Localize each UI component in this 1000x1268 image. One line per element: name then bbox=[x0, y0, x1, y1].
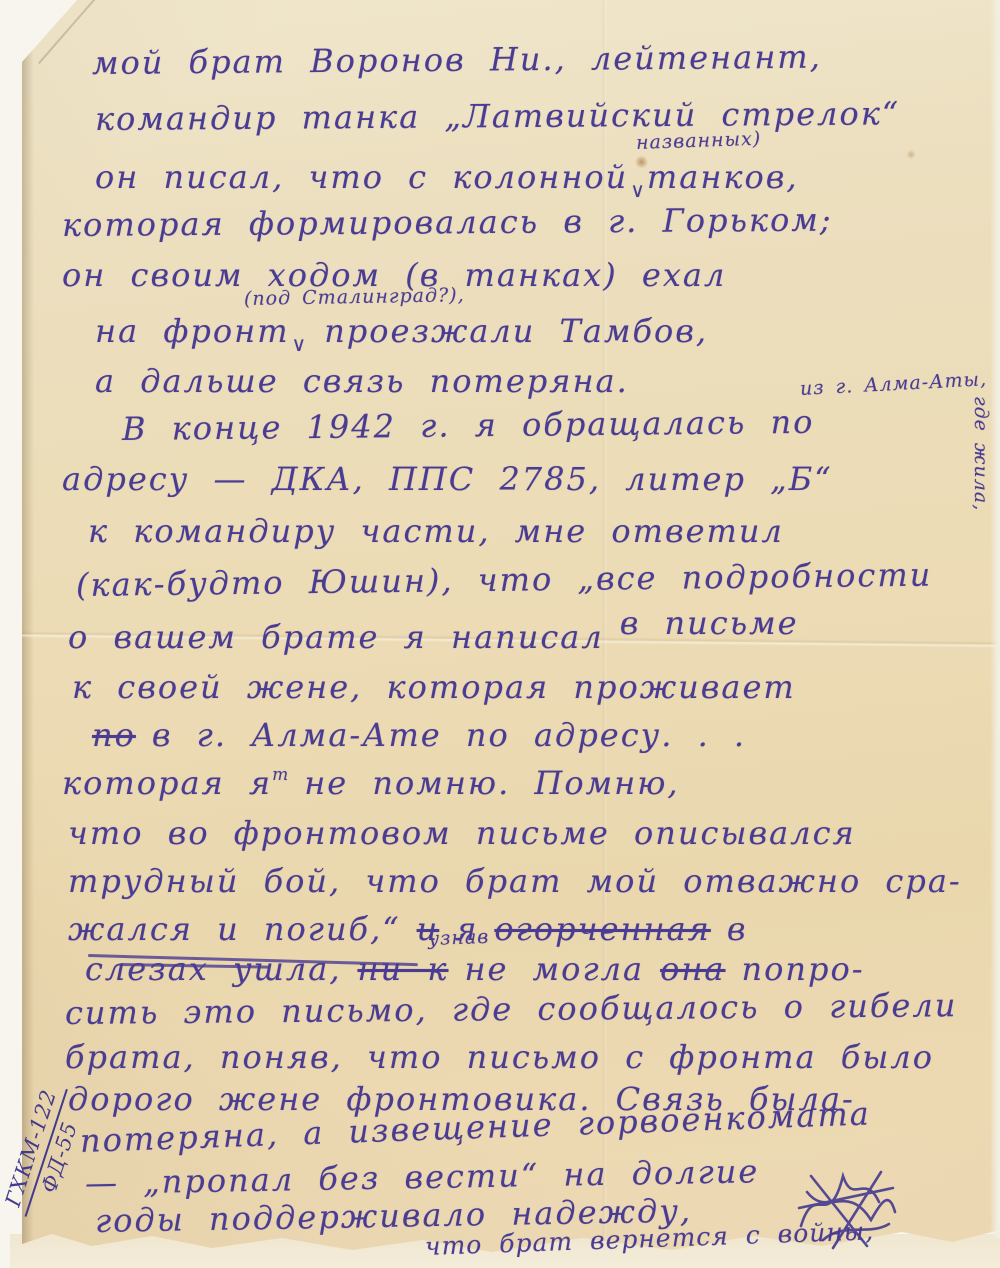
handwritten-line: к командиру части, мне ответил bbox=[88, 512, 784, 550]
line-text: танков, bbox=[647, 158, 799, 196]
handwritten-line: жался и погиб,“ияогорченнаяв bbox=[68, 910, 747, 948]
line-text: мой брат Воронов Ни., лейтенант, bbox=[92, 38, 822, 82]
line-text: к командиру части, мне ответил bbox=[88, 512, 784, 550]
line-text: которая я bbox=[62, 764, 272, 802]
insertion-note: (под Сталинград?), bbox=[244, 284, 465, 310]
caret-mark: ∨ bbox=[628, 178, 647, 202]
handwritten-line: слезах ушла,ни кне моглаонапопро- bbox=[85, 950, 865, 988]
superscript-note: т bbox=[272, 765, 288, 785]
strikethrough-word: огорченная bbox=[494, 910, 710, 948]
line-text: слезах ушла, bbox=[85, 950, 341, 988]
line-text: командир танка „Латвийский стрелок“ bbox=[95, 94, 900, 138]
scanned-letter-page: мой брат Воронов Ни., лейтенант, команди… bbox=[0, 0, 1000, 1268]
handwritten-line: а дальше связь потеряна. bbox=[95, 362, 629, 400]
line-text: я bbox=[455, 910, 478, 948]
handwritten-line: которая формировалась в г. Горьком; bbox=[62, 201, 833, 244]
handwritten-line: он писал, что с колонной∨танков, bbox=[95, 158, 799, 202]
strikethrough-word: и bbox=[417, 910, 440, 948]
line-text: о вашем брате я написал bbox=[68, 618, 604, 656]
line-text: не могла bbox=[464, 950, 644, 988]
line-text: не помню. Помню, bbox=[304, 764, 679, 802]
line-text: что во фронтовом письме описывался bbox=[68, 814, 856, 852]
handwritten-line: о вашем брате я написалв письме bbox=[68, 618, 799, 656]
strikethrough-word: она bbox=[660, 950, 725, 988]
insertion-note: названных) bbox=[636, 128, 762, 154]
line-text: проезжали Тамбов, bbox=[324, 312, 708, 350]
handwritten-line: которая ятне помню. Помню, bbox=[62, 764, 680, 802]
strikethrough-word: по bbox=[92, 716, 136, 754]
line-text: сить это письмо, где сообщалось о гибели bbox=[65, 986, 958, 1032]
line-text: которая формировалась в г. Горьком; bbox=[62, 201, 833, 244]
line-text: попро- bbox=[741, 950, 864, 988]
handwritten-line: пов г. Алма-Ате по адресу. . . bbox=[92, 716, 746, 754]
handwritten-line: сить это письмо, где сообщалось о гибели bbox=[65, 986, 958, 1032]
caret-mark: ∨ bbox=[290, 332, 309, 356]
line-text: жался и погиб,“ bbox=[68, 910, 401, 948]
line-text: а дальше связь потеряна. bbox=[95, 362, 629, 400]
line-text: в г. Алма-Ате по адресу. . . bbox=[152, 716, 746, 754]
margin-note-text: где жила, bbox=[970, 396, 992, 511]
handwritten-line: на фронт∨проезжали Тамбов, bbox=[95, 312, 708, 356]
handwritten-line: что во фронтовом письме описывался bbox=[68, 814, 856, 852]
line-text: трудный бой, что брат мой отважно сра- bbox=[68, 862, 962, 900]
handwritten-line: мой брат Воронов Ни., лейтенант, bbox=[92, 38, 822, 82]
handwritten-line: к своей жене, которая проживает bbox=[72, 668, 796, 706]
line-text: В конце 1942 г. я обращалась по bbox=[122, 403, 815, 448]
handwritten-line: брата, поняв, что письмо с фронта было bbox=[65, 1038, 934, 1076]
handwritten-line: трудный бой, что брат мой отважно сра- bbox=[68, 862, 962, 900]
handwritten-line: В конце 1942 г. я обращалась по bbox=[122, 403, 815, 448]
scan-right-edge bbox=[990, 0, 1000, 1238]
ink-scribble bbox=[793, 1162, 903, 1254]
fold-crease bbox=[38, 0, 96, 64]
inserted-text: (под Сталинград?), bbox=[244, 284, 465, 310]
strikethrough-word: ни к bbox=[357, 950, 448, 988]
handwritten-line: командир танка „Латвийский стрелок“ bbox=[95, 94, 900, 138]
raised-text: в письме bbox=[620, 604, 799, 642]
handwritten-line: адресу — ДКА, ППС 2785, литер „Б“ bbox=[62, 460, 833, 498]
line-text: адресу — ДКА, ППС 2785, литер „Б“ bbox=[62, 460, 833, 498]
stain-spot bbox=[906, 150, 916, 159]
line-text: в bbox=[727, 910, 748, 948]
line-text: на фронт bbox=[95, 312, 290, 350]
inserted-text: названных) bbox=[636, 128, 762, 154]
line-text: брата, поняв, что письмо с фронта было bbox=[65, 1038, 934, 1076]
line-text: он писал, что с колонной bbox=[95, 158, 628, 196]
line-text: к своей жене, которая проживает bbox=[72, 668, 796, 706]
margin-note-right: где жила, bbox=[970, 396, 992, 511]
